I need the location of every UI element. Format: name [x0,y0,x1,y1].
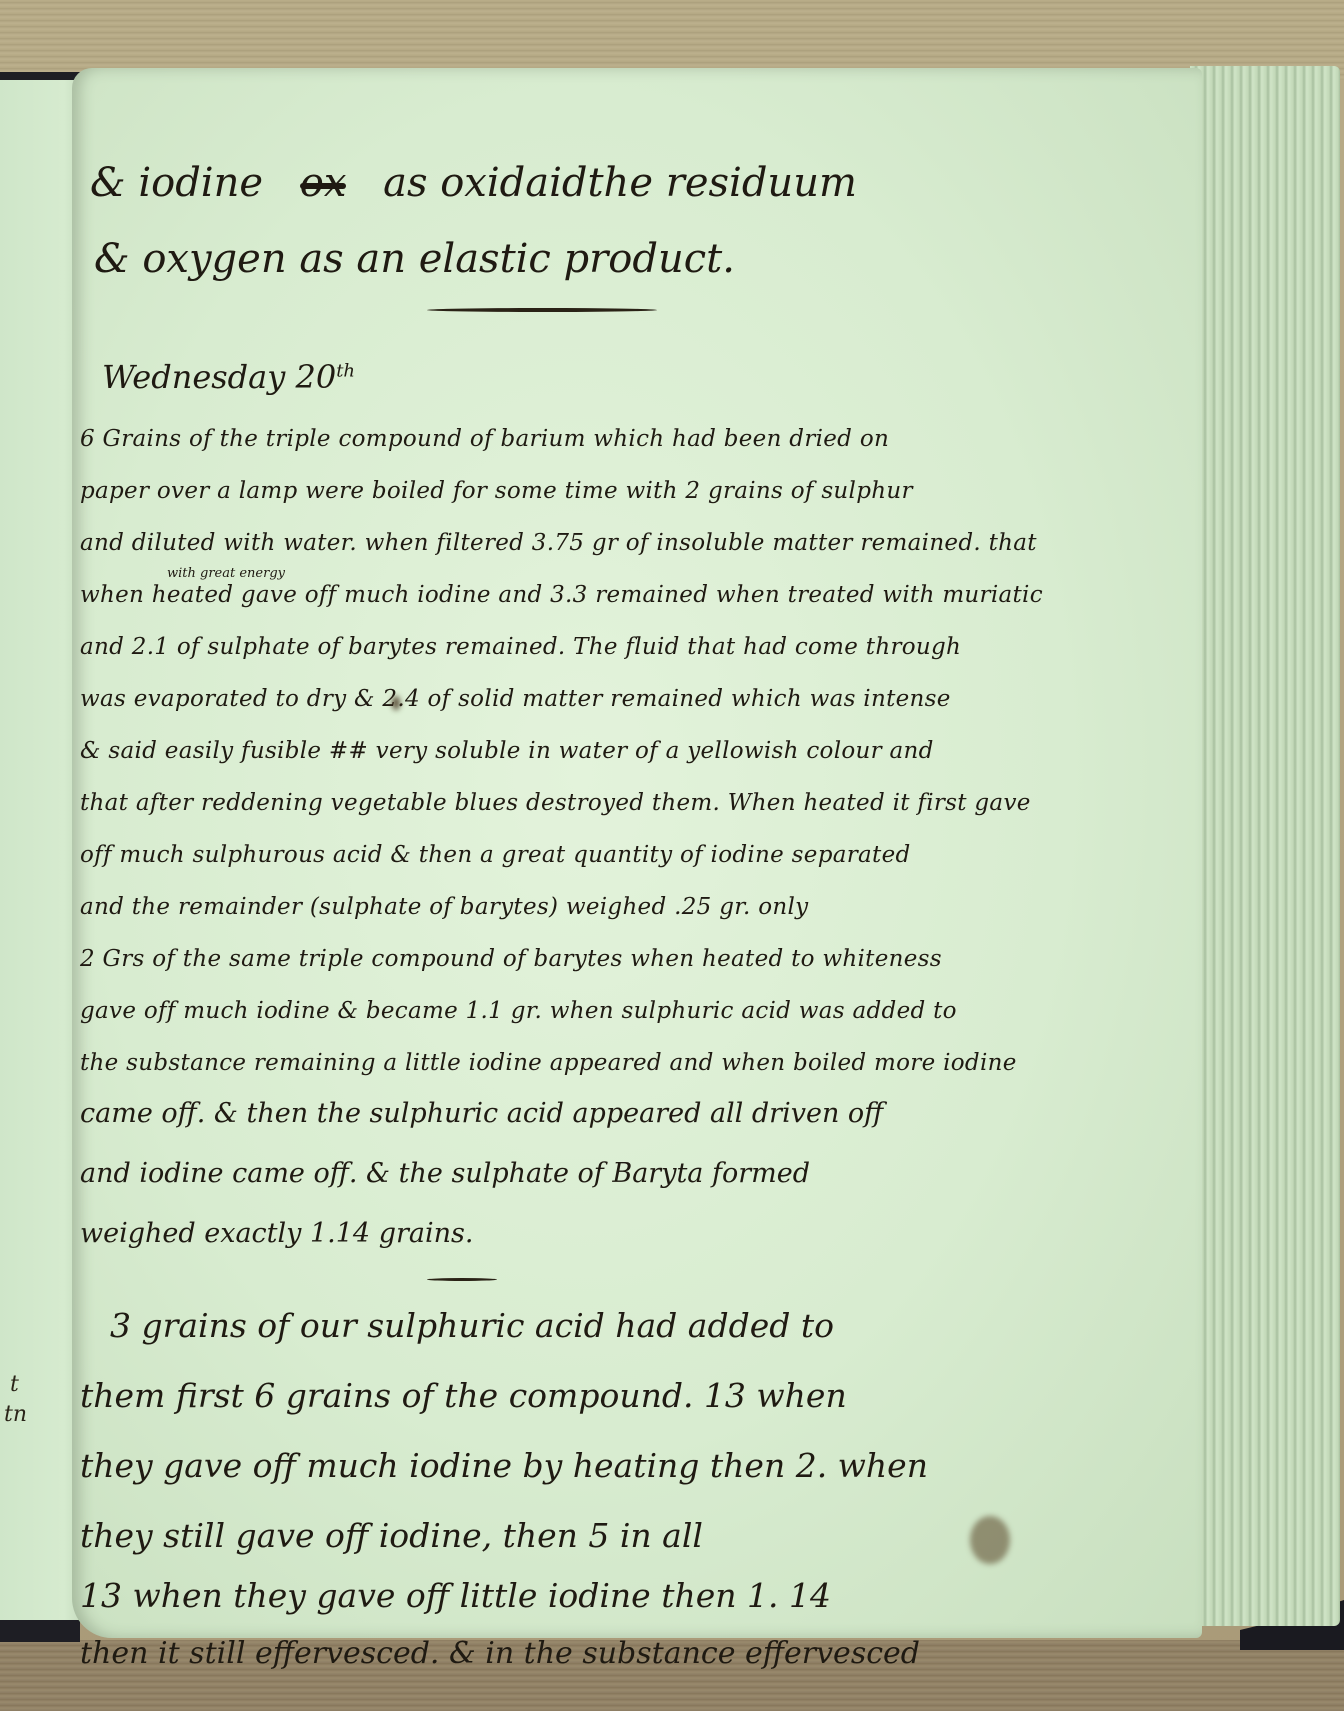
text-line: off much sulphurous acid & then a great … [80,842,911,868]
left-page-mark: tn [4,1402,27,1427]
ink-spot [392,696,400,710]
text-line: and 2.1 of sulphate of barytes remained.… [80,634,961,660]
left-page-mark: t [10,1372,19,1397]
text-line: 6 Grains of the triple compound of bariu… [80,426,889,452]
text-line: and diluted with water. when filtered 3.… [80,530,1037,556]
text-line: that after reddening vegetable blues des… [80,790,1031,816]
text-line: and the remainder (sulphate of barytes) … [80,894,808,920]
header-line-1: & iodine ox as oxidaidthe residuum [90,160,857,206]
text-line: 2 Grs of the same triple compound of bar… [80,946,942,972]
text-line: they still gave off iodine, then 5 in al… [80,1516,703,1555]
notebook-page: & iodine ox as oxidaidthe residuum & oxy… [72,68,1202,1638]
text-line: paper over a lamp were boiled for some t… [80,478,913,504]
page-edges [1190,66,1340,1626]
text-line: they gave off much iodine by heating the… [80,1446,928,1485]
date-suffix: th [336,360,355,381]
divider-rule [427,1278,497,1281]
text-line: came off. & then the sulphuric acid appe… [80,1098,883,1129]
header-text: as oxidaidthe residuum [383,160,857,206]
ink-blot [970,1516,1010,1564]
text-line: 13 when they gave off little iodine then… [80,1576,831,1615]
text-line: and iodine came off. & the sulphate of B… [80,1158,810,1189]
text-line: was evaporated to dry & 2.4 of solid mat… [80,686,951,712]
text-line: gave off much iodine & became 1.1 gr. wh… [80,998,957,1024]
text-line: 3 grains of our sulphuric acid had added… [110,1306,834,1345]
date-text: Wednesday 20 [102,358,336,396]
text-line: weighed exactly 1.14 grains. [80,1218,473,1249]
text-line: the substance remaining a little iodine … [80,1050,1017,1076]
struck-out-word: ox [300,160,347,206]
header-line-2: & oxygen as an elastic product. [94,236,735,282]
text-line: when heated gave off much iodine and 3.3… [80,582,1043,608]
text-line: then it still effervesced. & in the subs… [80,1636,920,1671]
divider-rule [427,308,657,312]
interlinear-note: with great energy [167,566,285,581]
text-line: them first 6 grains of the compound. 13 … [80,1376,847,1415]
entry-date: Wednesday 20th [102,358,355,396]
header-text: & iodine [90,160,263,206]
text-line: & said easily fusible ## very soluble in… [80,738,934,764]
